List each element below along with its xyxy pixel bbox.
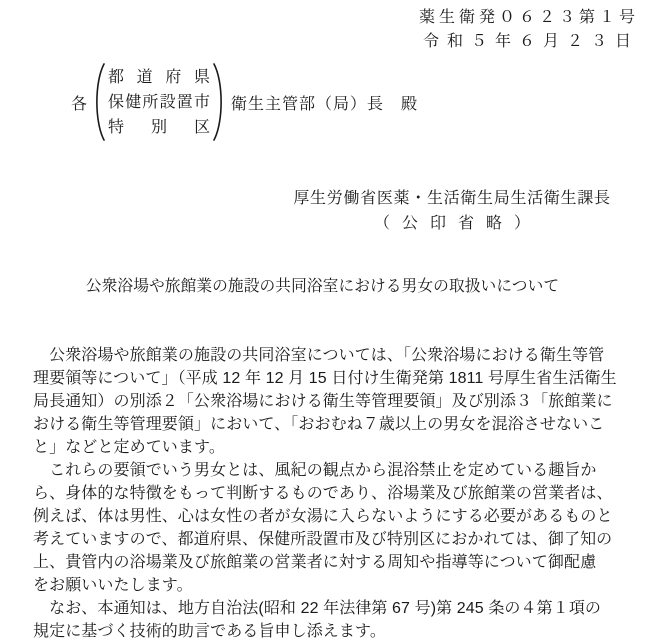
- body-line: 例えば、体は男性、心は女性の者が女湯に入らないようにする必要があるものと: [33, 505, 615, 528]
- seal-omitted-note: （公印省略）: [292, 211, 612, 236]
- body-line: をお願いいたします。: [33, 574, 615, 597]
- body-line: 規定に基づく技術的助言である旨申し添えます。: [33, 620, 615, 643]
- body-line: 理要領等について」（平成 12 年 12 月 15 日付け生衛発第 1811 号…: [33, 367, 615, 390]
- addressee-suffix: 衛生主管部（局）長 殿: [231, 91, 418, 114]
- document-body: 公衆浴場や旅館業の施設の共同浴室については、「公衆浴場における衛生等管 理要領等…: [33, 344, 615, 643]
- document-number: 薬生衛発０６２３第１号: [419, 6, 639, 30]
- addressee-prefix: 各: [71, 91, 87, 114]
- addressee-group-special-wards: 特別区: [108, 115, 210, 140]
- body-line: なお、本通知は、地方自治法(昭和 22 年法律第 67 号)第 245 条の４第…: [33, 597, 615, 620]
- addressee-group-health-center-cities: 保健所設置市: [108, 90, 210, 115]
- document-title: 公衆浴場や旅館業の施設の共同浴室における男女の取扱いについて: [0, 274, 645, 296]
- body-line: 局長通知）の別添２「公衆浴場における衛生等管理要領」及び別添３「旅館業に: [33, 390, 615, 413]
- body-line: おける衛生等管理要領」において、「おおむね７歳以上の男女を混浴させないこ: [33, 413, 615, 436]
- addressee-group-prefectures: 都道府県: [108, 65, 210, 90]
- body-line: ら、身体的な特徴をもって判断するものであり、浴場業及び旅館業の営業者は、: [33, 482, 615, 505]
- addressee-groups: 都道府県 保健所設置市 特別区: [108, 65, 210, 140]
- right-parenthesis-bracket: [212, 62, 226, 142]
- left-parenthesis-bracket: [92, 62, 106, 142]
- body-line: 上、貴管内の浴場業及び旅館業の営業者に対する周知や指導等について御配慮: [33, 551, 615, 574]
- sender-name: 厚生労働省医薬・生活衛生局生活衛生課長: [292, 186, 612, 211]
- document-header: 薬生衛発０６２３第１号 令和５年６月２３日: [419, 6, 639, 54]
- document-date: 令和５年６月２３日: [419, 30, 639, 54]
- addressee-block: 各 都道府県 保健所設置市 特別区 衛生主管部（局）長 殿: [71, 62, 418, 142]
- body-line: これらの要領でいう男女とは、風紀の観点から混浴禁止を定めている趣旨か: [33, 459, 615, 482]
- body-line: 公衆浴場や旅館業の施設の共同浴室については、「公衆浴場における衛生等管: [33, 344, 615, 367]
- body-line: 考えていますので、都道府県、保健所設置市及び特別区におかれては、御了知の: [33, 528, 615, 551]
- sender-block: 厚生労働省医薬・生活衛生局生活衛生課長 （公印省略）: [292, 186, 612, 236]
- body-line: と」などと定めています。: [33, 436, 615, 459]
- document-page: 薬生衛発０６２３第１号 令和５年６月２３日 各 都道府県 保健所設置市 特別区 …: [0, 0, 645, 643]
